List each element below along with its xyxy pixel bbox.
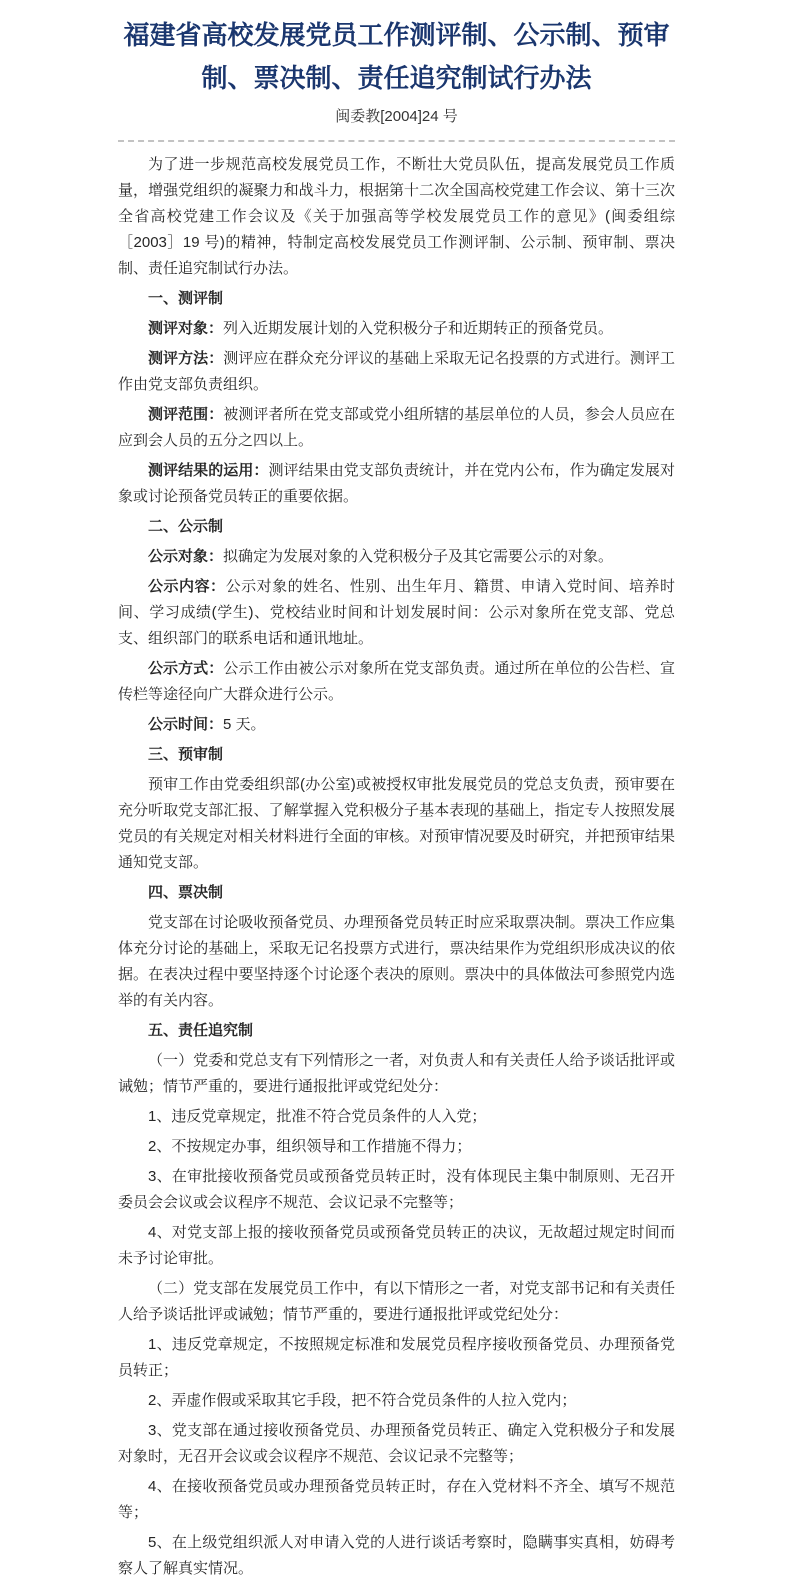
section-heading: 二、公示制 (118, 514, 675, 540)
paragraph: 1、违反党章规定，不按照规定标准和发展党员程序接收预备党员、办理预备党员转正； (118, 1332, 675, 1384)
paragraph-label: 公示时间： (148, 716, 223, 733)
document-body: 为了进一步规范高校发展党员工作，不断壮大党员队伍，提高发展党员工作质量，增强党组… (118, 152, 675, 1582)
paragraph: 测评方法：测评应在群众充分评议的基础上采取无记名投票的方式进行。测评工作由党支部… (118, 346, 675, 398)
paragraph: 3、党支部在通过接收预备党员、办理预备党员转正、确定入党积极分子和发展对象时，无… (118, 1418, 675, 1470)
paragraph: 2、弄虚作假或采取其它手段，把不符合党员条件的人拉入党内； (118, 1388, 675, 1414)
paragraph: 2、不按规定办事，组织领导和工作措施不得力； (118, 1134, 675, 1160)
paragraph-label: 测评范围： (148, 406, 223, 423)
page-title: 福建省高校发展党员工作测评制、公示制、预审制、票决制、责任追究制试行办法 (118, 14, 675, 100)
paragraph: 3、在审批接收预备党员或预备党员转正时，没有体现民主集中制原则、无召开委员会会议… (118, 1164, 675, 1216)
paragraph: 公示方式：公示工作由被公示对象所在党支部负责。通过所在单位的公告栏、宣传栏等途径… (118, 656, 675, 708)
paragraph: 党支部在讨论吸收预备党员、办理预备党员转正时应采取票决制。票决工作应集体充分讨论… (118, 910, 675, 1014)
paragraph: 公示对象：拟确定为发展对象的入党积极分子及其它需要公示的对象。 (118, 544, 675, 570)
paragraph: 为了进一步规范高校发展党员工作，不断壮大党员队伍，提高发展党员工作质量，增强党组… (118, 152, 675, 282)
section-heading: 四、票决制 (118, 880, 675, 906)
paragraph-label: 测评结果的运用： (148, 462, 268, 479)
paragraph: 测评对象：列入近期发展计划的入党积极分子和近期转正的预备党员。 (118, 316, 675, 342)
paragraph-label: 公示方式： (148, 660, 223, 677)
section-heading: 一、测评制 (118, 286, 675, 312)
doc-number: 闽委教[2004]24 号 (118, 104, 675, 130)
dashed-divider (118, 140, 675, 142)
paragraph: 公示时间：5 天。 (118, 712, 675, 738)
paragraph: 公示内容：公示对象的姓名、性别、出生年月、籍贯、申请入党时间、培养时间、学习成绩… (118, 574, 675, 652)
section-heading: 三、预审制 (118, 742, 675, 768)
paragraph-label: 公示对象： (148, 548, 223, 565)
paragraph: 1、违反党章规定，批准不符合党员条件的人入党； (118, 1104, 675, 1130)
paragraph: （二）党支部在发展党员工作中，有以下情形之一者，对党支部书记和有关责任人给予谈话… (118, 1276, 675, 1328)
paragraph: 测评结果的运用：测评结果由党支部负责统计，并在党内公布，作为确定发展对象或讨论预… (118, 458, 675, 510)
section-heading: 五、责任追究制 (118, 1018, 675, 1044)
paragraph-label: 测评方法： (148, 350, 223, 367)
paragraph-label: 公示内容： (148, 578, 226, 595)
paragraph-label: 测评对象： (148, 320, 223, 337)
paragraph: 4、在接收预备党员或办理预备党员转正时，存在入党材料不齐全、填写不规范等； (118, 1474, 675, 1526)
paragraph: 4、对党支部上报的接收预备党员或预备党员转正的决议，无故超过规定时间而未予讨论审… (118, 1220, 675, 1272)
paragraph: 预审工作由党委组织部(办公室)或被授权审批发展党员的党总支负责，预审要在充分听取… (118, 772, 675, 876)
document-container: 福建省高校发展党员工作测评制、公示制、预审制、票决制、责任追究制试行办法 闽委教… (118, 0, 675, 1582)
paragraph: 5、在上级党组织派人对申请入党的人进行谈话考察时，隐瞒事实真相，妨碍考察人了解真… (118, 1530, 675, 1582)
paragraph: （一）党委和党总支有下列情形之一者，对负责人和有关责任人给予谈话批评或诫勉；情节… (118, 1048, 675, 1100)
document-page: { "colors": { "title": "#1a366e", "body_… (0, 0, 793, 1586)
paragraph: 测评范围：被测评者所在党支部或党小组所辖的基层单位的人员，参会人员应在应到会人员… (118, 402, 675, 454)
